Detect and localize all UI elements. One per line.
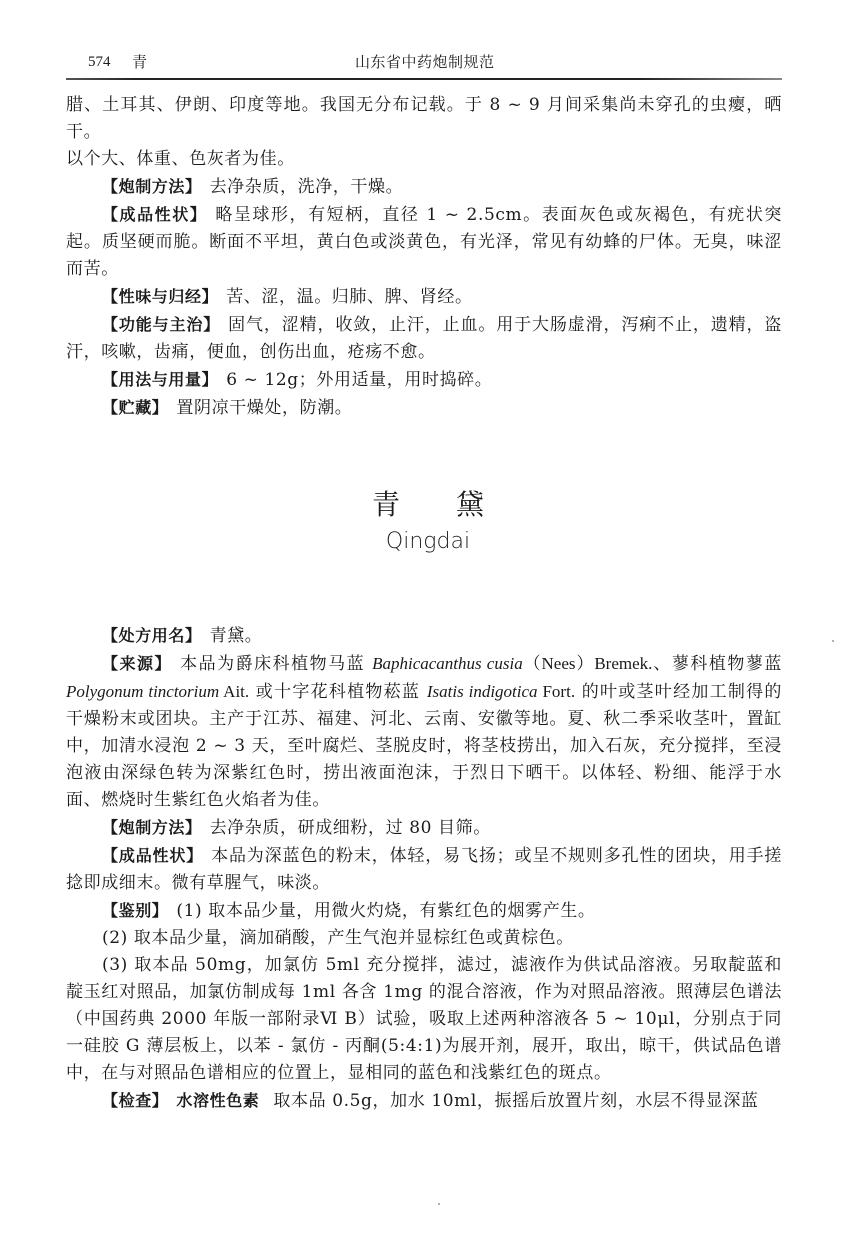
latin-author: Ait. xyxy=(219,682,249,701)
section-label: 【功能与主治】 xyxy=(102,315,220,334)
section-label: 【成品性状】 xyxy=(102,846,203,865)
identification-item: (3) 取本品 50mg，加氯仿 5ml 充分搅拌，滤过，滤液作为供试品溶液。另… xyxy=(66,952,782,1087)
continuation-line: 以个大、体重、色灰者为佳。 xyxy=(66,146,782,173)
section-processing: 【炮制方法】去净杂质，研成细粉，过 80 目筛。 xyxy=(66,814,782,842)
section-inspection: 【检查】水溶性色素取本品 0.5g，加水 10ml，振摇后放置片刻，水层不得显深… xyxy=(66,1087,782,1115)
header-rule xyxy=(66,78,782,80)
section-nature-meridian: 【性味与归经】苦、涩，温。归肺、脾、肾经。 xyxy=(66,283,782,311)
section-source: 【来源】本品为爵床科植物马蓝 Baphicacanthus cusia（Nees… xyxy=(66,650,782,814)
section-label: 【贮藏】 xyxy=(102,398,168,417)
section-text: 青黛。 xyxy=(210,626,263,646)
section-identification: 【鉴别】(1) 取本品少量，用微火灼烧，有紫红色的烟雾产生。 xyxy=(66,897,782,925)
section-prescription-name: 【处方用名】青黛。 xyxy=(66,622,782,650)
continuation-line: 腊、土耳其、伊朗、印度等地。我国无分布记载。于 8 ~ 9 月间采集尚未穿孔的虫… xyxy=(66,92,782,146)
identification-item: (2) 取本品少量，滴加硝酸，产生气泡并显棕红色或黄棕色。 xyxy=(66,925,782,952)
section-text: 6 ~ 12g；外用适量，用时捣碎。 xyxy=(226,370,492,390)
section-processing: 【炮制方法】去净杂质，洗净，干燥。 xyxy=(66,173,782,201)
section-sublabel: 水溶性色素 xyxy=(176,1091,259,1110)
entry-body: 【处方用名】青黛。 【来源】本品为爵床科植物马蓝 Baphicacanthus … xyxy=(66,622,782,1115)
latin-author: Fort. xyxy=(538,682,576,701)
section-text: 苦、涩，温。归肺、脾、肾经。 xyxy=(226,287,472,307)
source-text: 或十字花科植物菘蓝 xyxy=(249,682,427,702)
identification-item: (1) 取本品少量，用微火灼烧，有紫红色的烟雾产生。 xyxy=(176,901,595,921)
book-title: 山东省中药炮制规范 xyxy=(355,50,495,74)
section-text: 去净杂质，洗净，干燥。 xyxy=(210,177,404,197)
section-text: 去净杂质，研成细粉，过 80 目筛。 xyxy=(210,818,491,838)
section-appearance: 【成品性状】本品为深蓝色的粉末，体轻，易飞扬；或呈不规则多孔性的团块，用手搓捻即… xyxy=(66,842,782,897)
section-storage: 【贮藏】置阴凉干燥处，防潮。 xyxy=(66,394,782,422)
latin-name: Polygonum tinctorium xyxy=(66,682,219,701)
section-appearance: 【成品性状】略呈球形，有短柄，直径 1 ~ 2.5cm。表面灰色或灰褐色，有疣状… xyxy=(66,201,782,283)
document-page: 574 青 山东省中药炮制规范 腊、土耳其、伊朗、印度等地。我国无分布记载。于 … xyxy=(0,0,856,1239)
entry-title: 青黛 xyxy=(0,488,856,522)
entry-pinyin: Qingdai xyxy=(0,528,856,556)
source-text: 、蓼科植物蓼蓝 xyxy=(652,654,782,674)
latin-name: Isatis indigotica xyxy=(427,682,538,701)
running-head: 574 青 山东省中药炮制规范 xyxy=(80,50,780,74)
latin-name: Baphicacanthus cusia xyxy=(372,654,523,673)
scan-speck xyxy=(832,640,834,642)
section-label: 【成品性状】 xyxy=(102,205,207,224)
section-label: 【炮制方法】 xyxy=(102,818,202,837)
latin-author: （Nees）Bremek. xyxy=(523,654,653,673)
section-dosage: 【用法与用量】6 ~ 12g；外用适量，用时捣碎。 xyxy=(66,366,782,394)
section-label: 【用法与用量】 xyxy=(102,370,218,389)
section-label: 【性味与归经】 xyxy=(102,287,218,306)
section-text: 置阴凉干燥处，防潮。 xyxy=(176,398,352,418)
section-char: 青 xyxy=(132,50,147,74)
section-label: 【鉴别】 xyxy=(102,901,168,920)
section-label: 【检查】 xyxy=(102,1091,168,1110)
page-number: 574 xyxy=(88,50,111,74)
entry-title-char: 青 xyxy=(372,488,400,522)
section-label: 【炮制方法】 xyxy=(102,177,202,196)
previous-entry: 腊、土耳其、伊朗、印度等地。我国无分布记载。于 8 ~ 9 月间采集尚未穿孔的虫… xyxy=(66,92,782,422)
section-text: 取本品 0.5g，加水 10ml，振摇后放置片刻，水层不得显深蓝 xyxy=(273,1091,758,1111)
scan-speck xyxy=(438,1203,440,1205)
section-label: 【来源】 xyxy=(102,654,172,673)
entry-title-char: 黛 xyxy=(456,488,484,521)
section-label: 【处方用名】 xyxy=(102,626,202,645)
section-function-indication: 【功能与主治】固气，涩精，收敛，止汗，止血。用于大肠虚滑，泻痢不止，遗精，盗汗，… xyxy=(66,311,782,366)
source-text: 本品为爵床科植物马蓝 xyxy=(180,654,372,674)
